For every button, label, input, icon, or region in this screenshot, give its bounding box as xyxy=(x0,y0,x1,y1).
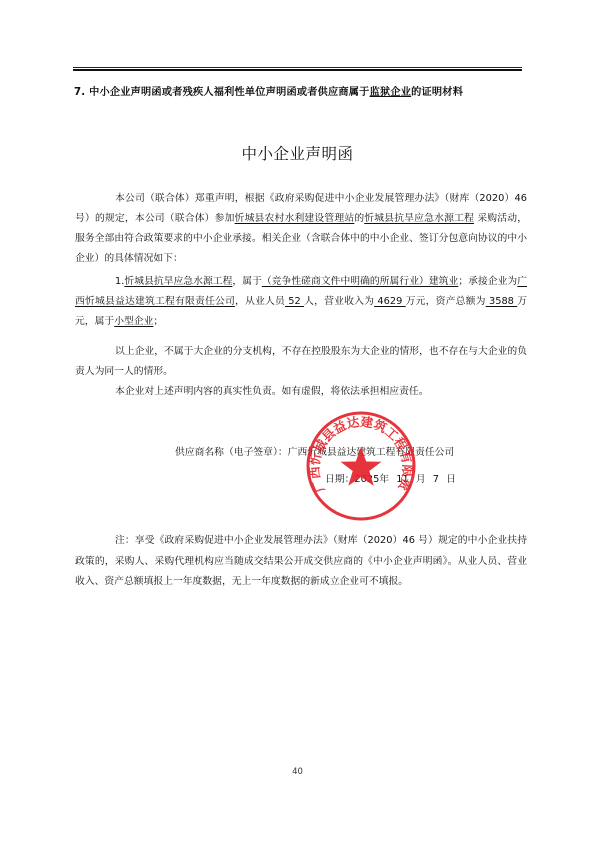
declaration-paragraph: 本公司（联合体）郑重声明，根据《政府采购促进中小企业发展管理办法》（财库（202… xyxy=(75,189,527,269)
item-text: 万元，资产总额为 xyxy=(406,296,486,307)
document-title: 中小企业声明函 xyxy=(0,142,595,164)
item-text: ； xyxy=(153,316,163,327)
section-heading-text: 7. 中小企业声明函或者残疾人福利性单位声明函或者供应商属于 xyxy=(74,87,370,98)
paragraph-text: 本企业对上述声明内容的真实性负责。如有虚假，将依法承担相应责任。 xyxy=(75,382,527,402)
company-seal: 广西忻城县益达建筑工程有限责任公司 xyxy=(305,410,417,522)
section-heading-suffix: 的证明材料 xyxy=(411,87,463,98)
footnote: 注：享受《政府采购促进中小企业发展管理办法》（财库（2020）46 号）规定的中… xyxy=(75,531,527,593)
paragraph-text: 以上企业，不属于大企业的分支机构，不存在控股股东为大企业的情形，也不存在与大企业… xyxy=(75,342,527,382)
date-line: 日期：2025年 11 月 7 日 xyxy=(325,471,456,485)
item-text: 人，营业收入为 xyxy=(304,296,374,307)
item-text: ，属于 xyxy=(232,276,261,287)
date-month-unit: 月 xyxy=(416,474,426,485)
date-month: 11 xyxy=(396,474,408,485)
paragraph-text: 的 xyxy=(354,213,364,224)
independence-paragraph: 以上企业，不属于大企业的分支机构，不存在控股股东为大企业的情形，也不存在与大企业… xyxy=(75,342,527,382)
date-day-unit: 日 xyxy=(446,474,456,485)
section-heading: 7. 中小企业声明函或者残疾人福利性单位声明函或者供应商属于监狱企业的证明材料 xyxy=(74,83,534,98)
signature-company: 广西忻城县益达建筑工程有限责任公司 xyxy=(288,447,455,458)
date-year-unit: 年 xyxy=(379,474,389,485)
item-text: ；承接企业为 xyxy=(458,276,517,287)
purchaser-name: 忻城县农村水利建设管理站 xyxy=(235,213,355,224)
date-year: 2025 xyxy=(354,474,379,485)
date-label: 日期： xyxy=(325,474,354,485)
item-employees: 52 xyxy=(285,296,304,307)
signature-line: 供应商名称（电子签章）：广西忻城县益达建筑工程有限责任公司 xyxy=(175,444,454,458)
item-index: 1. xyxy=(115,276,124,287)
item-text: ，从业人员 xyxy=(235,296,285,307)
responsibility-paragraph: 本企业对上述声明内容的真实性负责。如有虚假，将依法承担相应责任。 xyxy=(75,382,527,402)
item-revenue: 4629 xyxy=(374,296,406,307)
enterprise-item: 1.忻城县抗旱应急水源工程，属于（竞争性磋商文件中明确的所属行业）建筑业；承接企… xyxy=(75,272,527,332)
item-scale: 小型企业 xyxy=(114,316,153,327)
date-day: 7 xyxy=(433,474,439,485)
document-page: 7. 中小企业声明函或者残疾人福利性单位声明函或者供应商属于监狱企业的证明材料 … xyxy=(0,0,595,841)
footnote-text: 注：享受《政府采购促进中小企业发展管理办法》（财库（2020）46 号）规定的中… xyxy=(75,531,527,593)
header-divider xyxy=(73,67,522,71)
item-assets: 3588 xyxy=(486,296,518,307)
signature-label: 供应商名称（电子签章）： xyxy=(175,447,288,458)
item-industry: （竞争性磋商文件中明确的所属行业）建筑业 xyxy=(262,276,458,287)
section-heading-underlined: 监狱企业 xyxy=(370,87,412,98)
item-project: 忻城县抗旱应急水源工程 xyxy=(124,276,232,287)
page-number: 40 xyxy=(0,767,595,777)
project-name: 忻城县抗旱应急水源工程 xyxy=(364,213,474,224)
